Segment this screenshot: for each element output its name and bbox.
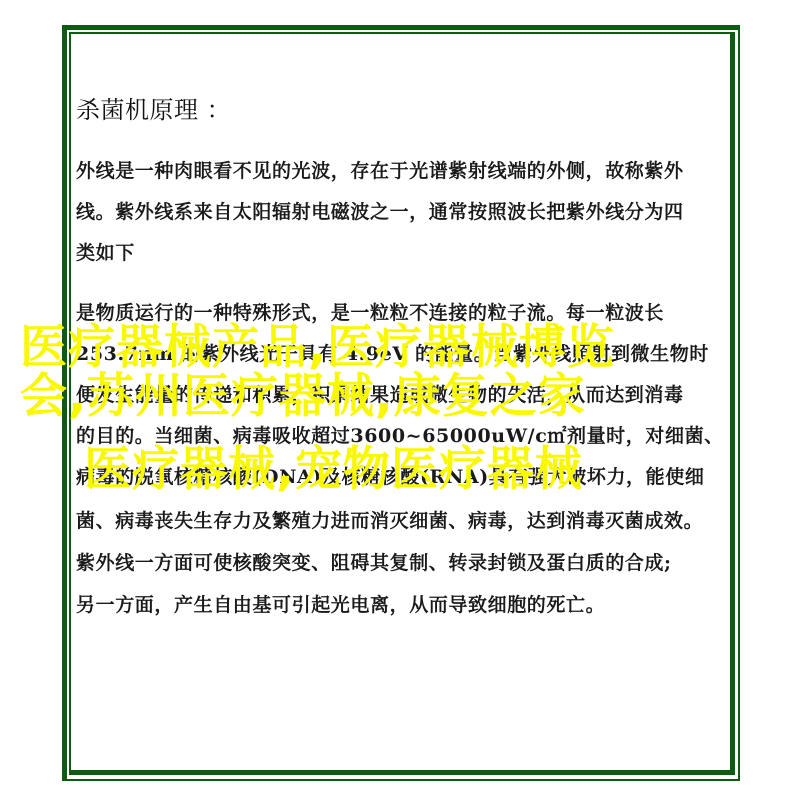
paragraph-line: 线。紫外线系来自太阳辐射电磁波之一，通常按照波长把紫外线分为四 [76, 199, 684, 225]
paragraph-line: 外线是一种肉眼看不见的光波，存在于光谱紫射线端的外侧，故称紫外 [76, 158, 684, 184]
paragraph-line: 菌、病毒丧失生存力及繁殖力进而消灭细菌、病毒，达到消毒灭菌成效。 [76, 508, 703, 534]
paragraph-line: 紫外线一方面可使核酸突变、阻碍其复制、转录封锁及蛋白质的合成; [76, 550, 672, 576]
watermark-line: 会,苏州医疗器械,康复之家 [20, 371, 586, 423]
paragraph-line: 类如下 [76, 240, 135, 266]
watermark-line: 医疗器械,宠物医疗器械 [84, 444, 583, 496]
watermark-line: 医疗器械产品,医疗器械博览 [20, 322, 615, 374]
paragraph-line: 另一方面，产生自由基可引起光电离，从而导致细胞的死亡。 [76, 592, 605, 618]
document-title: 杀菌机原理 ： [76, 94, 231, 126]
